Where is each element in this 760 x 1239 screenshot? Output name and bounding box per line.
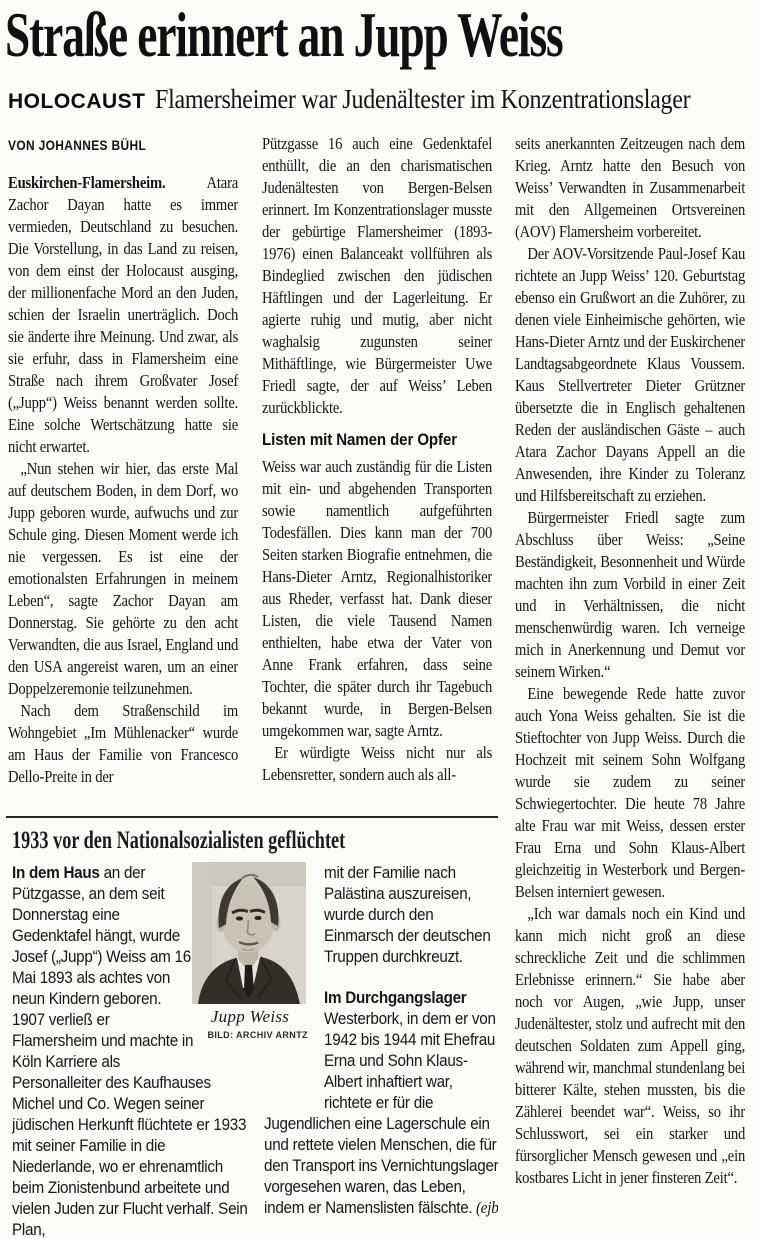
newspaper-page: Straße erinnert an Jupp Weiss HOLOCAUSTF… (0, 0, 760, 1239)
paragraph: Eine bewegende Rede hatte zuvor auch Yon… (515, 683, 745, 903)
section-subhead: Listen mit Namen der Opfer (262, 429, 492, 451)
column-2-text-bottom: Weiss war auch zuständig für die Listen … (262, 456, 492, 786)
paragraph: Er würdigte Weiss nicht nur als Lebensre… (262, 742, 492, 786)
column-1: VON JOHANNES BÜHL Euskirchen-Flamersheim… (8, 133, 238, 815)
column-3-text: seits anerkannten Zeitzeugen nach dem Kr… (515, 133, 745, 1189)
portrait-photo: Jupp Weiss BILD: ARCHIV ARNTZ (192, 862, 308, 1040)
infobox-title: 1933 vor den Nationalsozialisten geflüch… (12, 827, 367, 855)
photo-captions: Jupp Weiss BILD: ARCHIV ARNTZ (192, 1007, 308, 1040)
paragraph: Der AOV-Vorsitzende Paul-Josef Kau richt… (515, 243, 745, 507)
paragraph: Weiss war auch zuständig für die Listen … (262, 456, 492, 742)
kicker: HOLOCAUSTFlamersheimer war Judenältester… (8, 84, 756, 115)
paragraph: Pützgasse 16 auch eine Gedenktafel enthü… (262, 133, 492, 419)
paragraph: „Nun stehen wir hier, das erste Mal auf … (8, 458, 238, 700)
kicker-text: Flamersheimer war Judenältester im Konze… (155, 84, 690, 115)
paragraph: Euskirchen-Flamersheim. Atara Zachor Day… (8, 172, 238, 458)
column-2-text-top: Pützgasse 16 auch eine Gedenktafel enthü… (262, 133, 492, 419)
paragraph: Bürgermeister Friedl sagte zum Abschluss… (515, 507, 745, 683)
column-1-text: Euskirchen-Flamersheim. Atara Zachor Day… (8, 172, 238, 788)
column-3: seits anerkannten Zeitzeugen nach dem Kr… (515, 133, 745, 1236)
kicker-label: HOLOCAUST (8, 90, 146, 113)
column-2: Pützgasse 16 auch eine Gedenktafel enthü… (262, 133, 492, 815)
jupp-weiss-portrait-image (192, 862, 306, 1004)
paragraph: Nach dem Straßenschild im Wohngebiet „Im… (8, 700, 238, 788)
photo-credit: BILD: ARCHIV ARNTZ (192, 1030, 308, 1040)
infobox: 1933 vor den Nationalsozialisten geflüch… (6, 816, 498, 1239)
paragraph: seits anerkannten Zeitzeugen nach dem Kr… (515, 133, 745, 243)
headline: Straße erinnert an Jupp Weiss (5, 0, 563, 71)
paragraph: „Ich war damals noch ein Kind und kann m… (515, 903, 745, 1189)
photo-caption: Jupp Weiss (192, 1007, 308, 1027)
byline: VON JOHANNES BÜHL (8, 135, 238, 157)
